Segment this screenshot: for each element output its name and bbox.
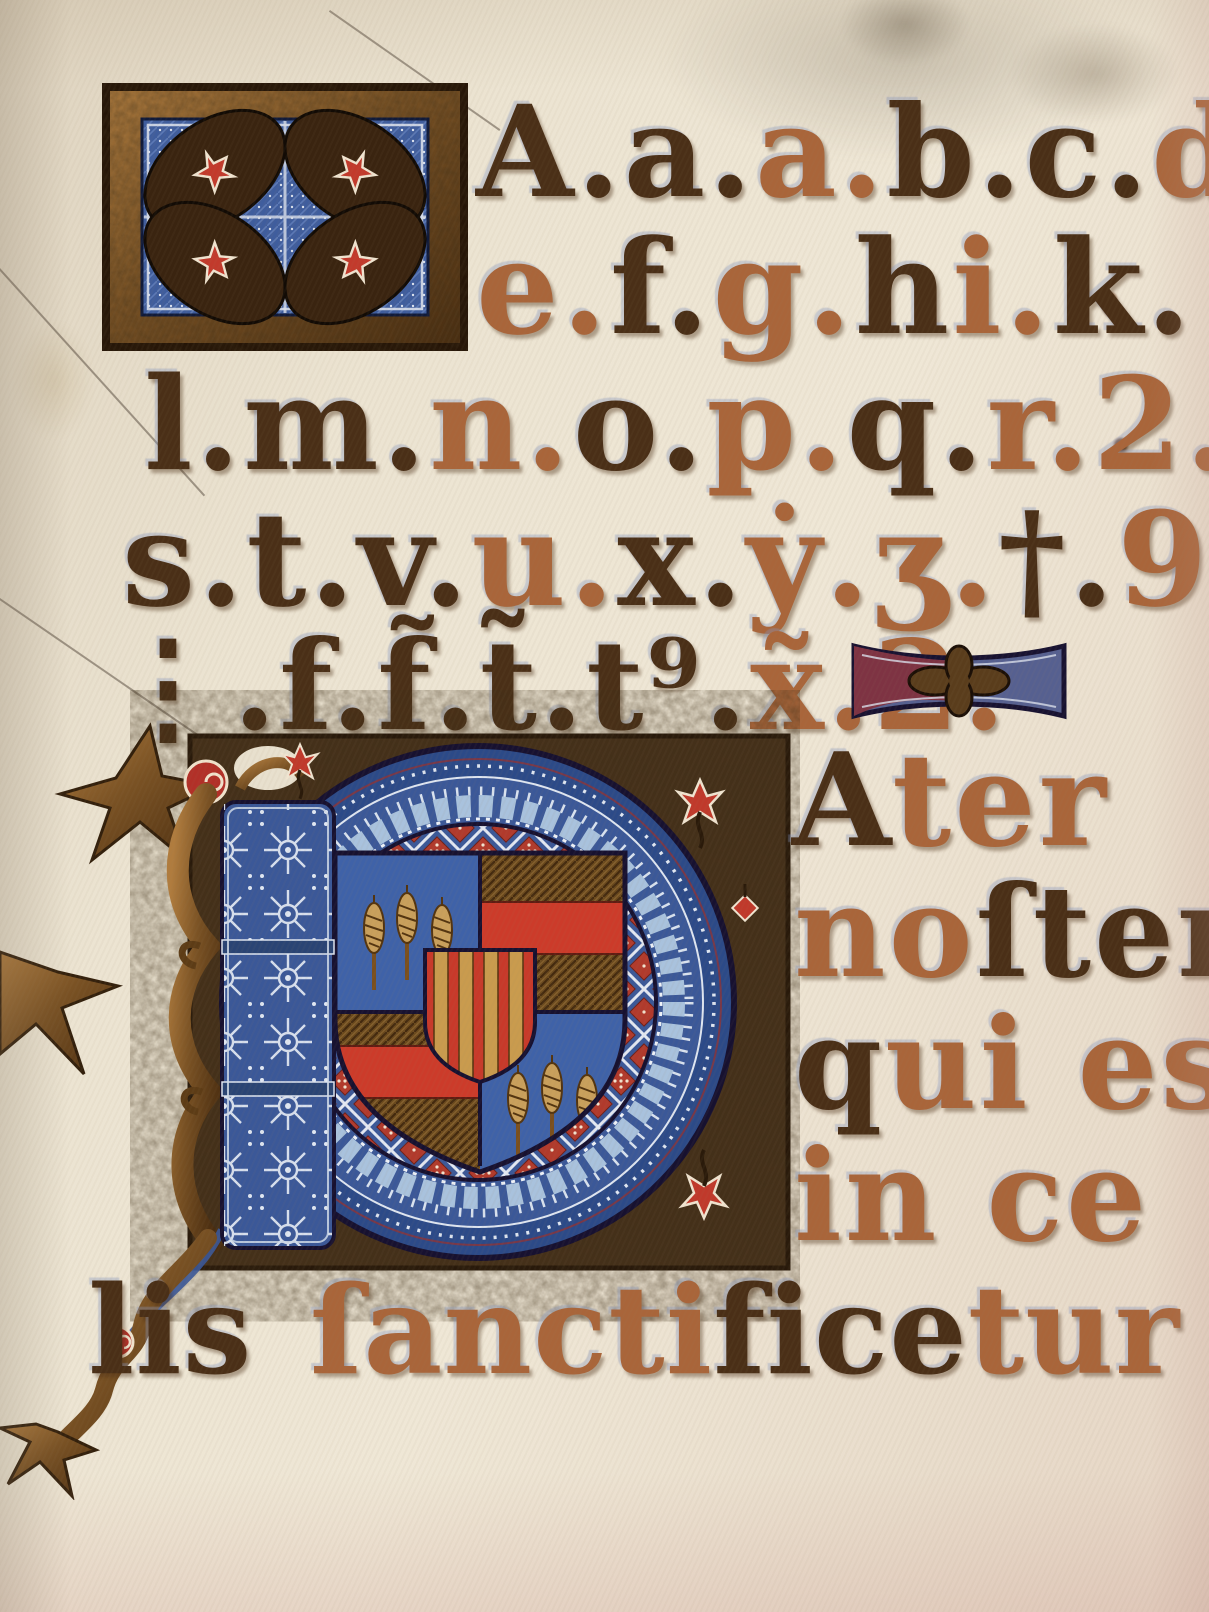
- letter: a.: [624, 78, 756, 226]
- letter: h: [855, 211, 953, 364]
- letter: f.: [610, 211, 713, 364]
- prayer-line-noster: noſter: [794, 866, 1209, 998]
- manuscript-page: A.a.a.b.c.d. e.f.g.hi.k. l.m.n.o.p.q.r.2…: [0, 0, 1209, 1612]
- letter: 2.: [1093, 350, 1209, 500]
- prayer-line-quies: qui es: [794, 998, 1209, 1130]
- alphabet-line-4: s.t.v.u.x.ẏ.ʒ.†.9.: [122, 492, 1209, 629]
- letter: l.: [144, 350, 243, 500]
- letter: i.: [952, 211, 1053, 364]
- letter: a.: [755, 78, 887, 226]
- line-filler-bar: [846, 634, 1072, 728]
- letter: o.: [573, 350, 707, 500]
- letter: q.: [847, 350, 987, 500]
- initial-stem: [222, 802, 334, 1248]
- letter: m.: [243, 350, 429, 500]
- stain: [14, 320, 94, 440]
- letter: fice: [713, 1258, 968, 1402]
- stain: [840, 0, 970, 64]
- prayer-line-ince: in ce: [794, 1130, 1149, 1262]
- prayer-line-bottom: lis ſanctificetur no: [88, 1266, 1209, 1394]
- letter: c.: [1025, 78, 1152, 226]
- alphabet-line-1: A.a.a.b.c.d.: [476, 86, 1209, 218]
- letter: in ce: [794, 1122, 1149, 1270]
- letter: r.: [987, 350, 1093, 500]
- letter: p.: [707, 350, 847, 500]
- letter: A.: [476, 78, 624, 226]
- letter: ui es: [885, 990, 1209, 1138]
- letter: 9.: [1117, 483, 1209, 636]
- alphabet-line-3: l.m.n.o.p.q.r.2.ſ.: [144, 358, 1209, 492]
- letter: no: [794, 858, 976, 1006]
- letter: b.: [887, 78, 1025, 226]
- criss-cross-panel: [102, 83, 468, 351]
- letter: e.: [476, 211, 610, 364]
- letter: tur: [968, 1258, 1209, 1402]
- letter: k.: [1053, 211, 1194, 364]
- letter: lis: [88, 1258, 310, 1402]
- letter: q: [794, 990, 885, 1138]
- letter: d.: [1151, 78, 1209, 226]
- letter: g.: [713, 211, 855, 364]
- letter: A: [792, 726, 892, 876]
- prayer-line-pater: Ater: [792, 734, 1109, 868]
- letter: ſancti: [310, 1258, 713, 1402]
- letter: ſter: [976, 858, 1209, 1006]
- letter: †.: [998, 483, 1117, 636]
- letter: n.: [429, 350, 573, 500]
- alphabet-line-2: e.f.g.hi.k.: [476, 220, 1194, 357]
- letter: ter: [892, 726, 1109, 876]
